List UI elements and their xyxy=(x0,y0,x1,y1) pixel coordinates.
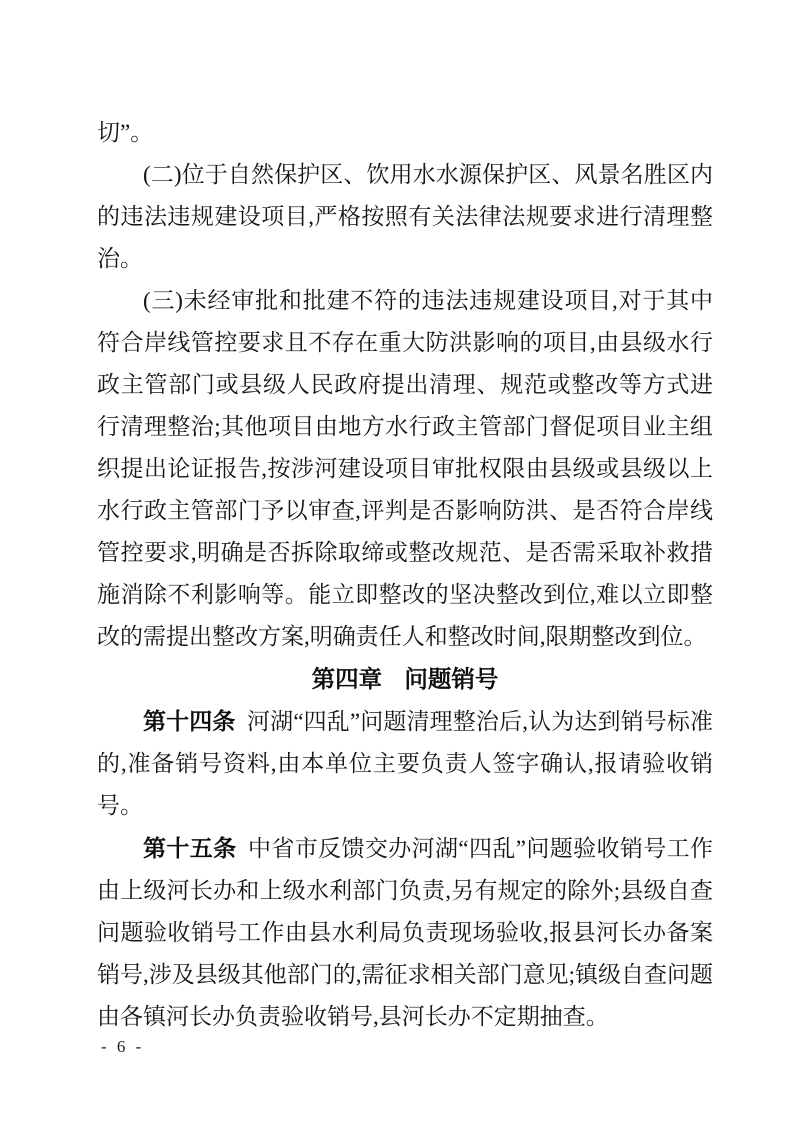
document-page: 切”。 (二)位于自然保护区、饮用水水源保护区、风景名胜区内的违法违规建设项目,… xyxy=(0,0,793,1122)
article-15-text: 中省市反馈交办河湖“四乱”问题验收销号工作由上级河长办和上级水利部门负责,另有规… xyxy=(97,836,713,1029)
paragraph-clause-3: (三)未经审批和批建不符的违法违规建设项目,对于其中符合岸线管控要求且不存在重大… xyxy=(97,280,713,658)
paragraph-clause-2: (二)位于自然保护区、饮用水水源保护区、风景名胜区内的违法违规建设项目,严格按照… xyxy=(97,154,713,280)
paragraph-continuation: 切”。 xyxy=(97,112,713,154)
chapter-heading: 第四章问题销号 xyxy=(97,658,713,700)
article-15-paragraph: 第十五条中省市反馈交办河湖“四乱”问题验收销号工作由上级河长办和上级水利部门负责… xyxy=(97,827,713,1038)
chapter-number: 第四章 xyxy=(312,666,383,692)
article-14-paragraph: 第十四条河湖“四乱”问题清理整治后,认为达到销号标准的,准备销号资料,由本单位主… xyxy=(97,700,713,827)
page-number: - 6 - xyxy=(101,1035,144,1059)
document-body: 切”。 (二)位于自然保护区、饮用水水源保护区、风景名胜区内的违法违规建设项目,… xyxy=(97,112,713,1038)
article-15-number: 第十五条 xyxy=(143,835,237,861)
article-14-number: 第十四条 xyxy=(143,708,236,734)
chapter-title: 问题销号 xyxy=(404,666,498,692)
